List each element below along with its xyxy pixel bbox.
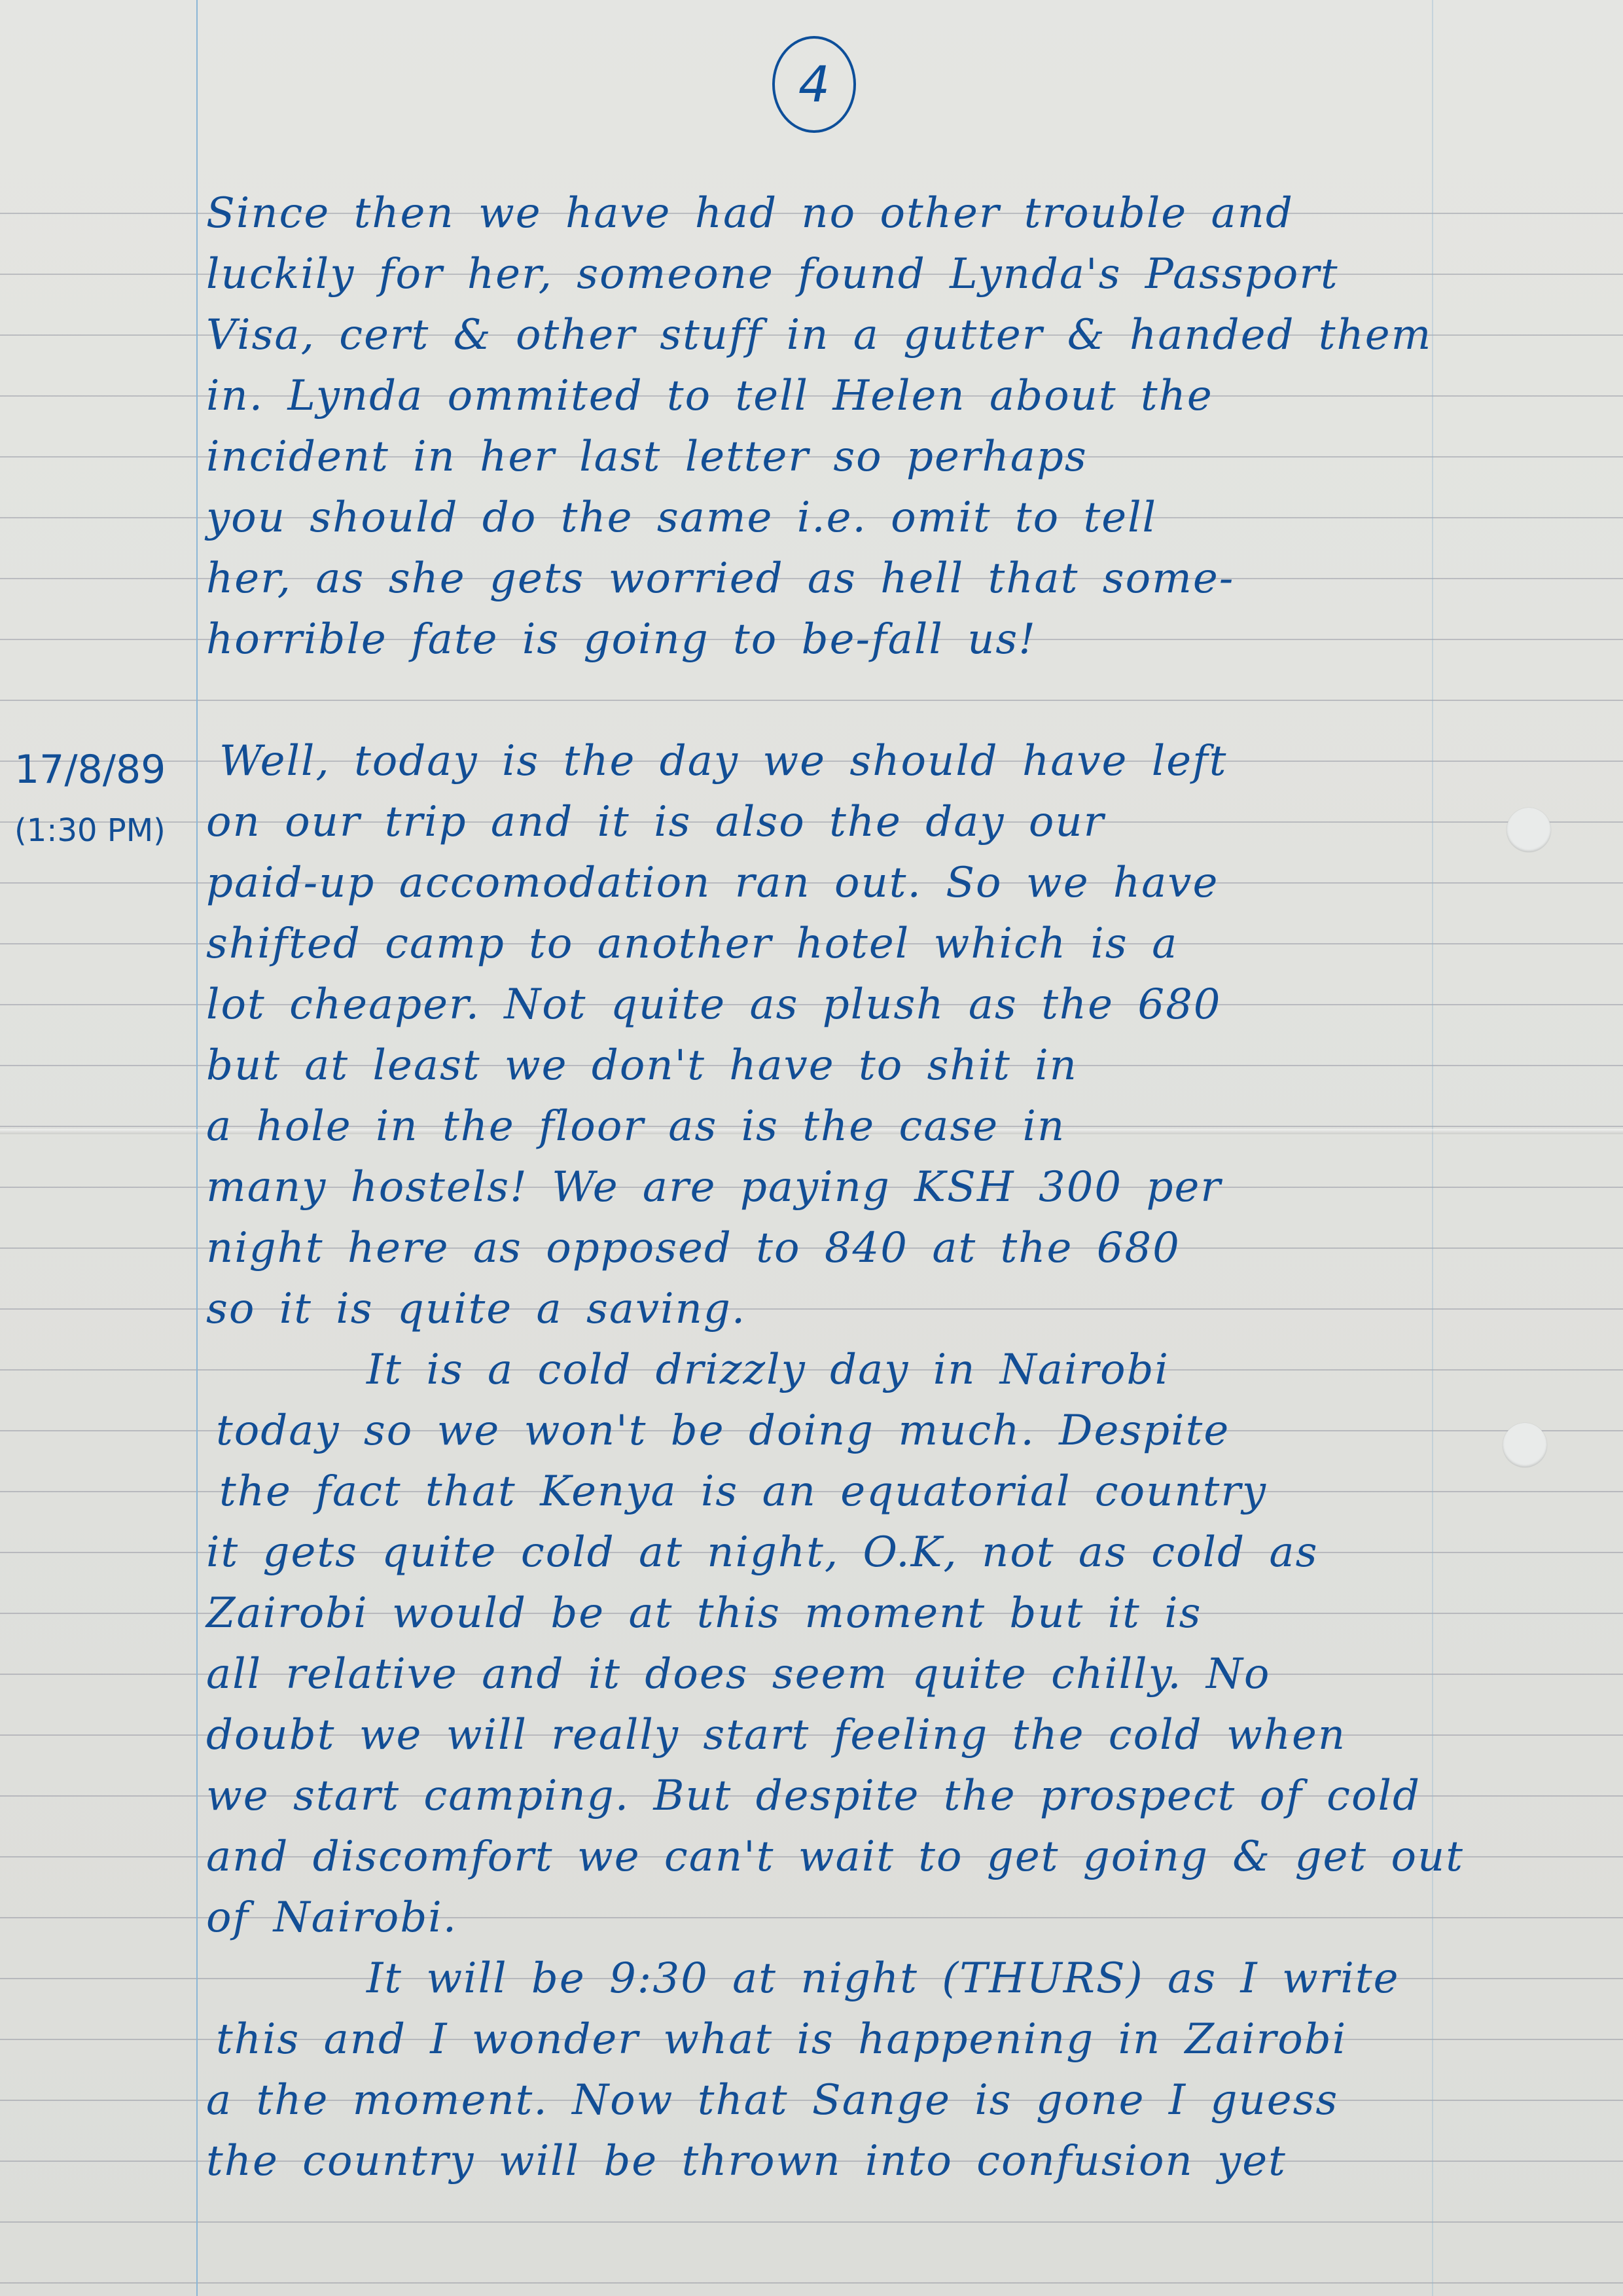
text-line: night here as opposed to 840 at the 680 (206, 1218, 1613, 1279)
text-line: Zairobi would be at this moment but it i… (206, 1583, 1613, 1644)
text-line: Well, today is the day we should have le… (219, 731, 1623, 792)
text-line: the fact that Kenya is an equatorial cou… (219, 1462, 1623, 1522)
text-line: you should do the same i.e. omit to tell (206, 488, 1613, 548)
text-line: it gets quite cold at night, O.K, not as… (206, 1522, 1613, 1583)
text-line: in. Lynda ommited to tell Helen about th… (206, 366, 1613, 427)
entry-date-block: 17/8/89 (1:30 PM) (14, 740, 191, 861)
text-line: Since then we have had no other trouble … (206, 183, 1613, 244)
left-margin-rule (196, 0, 198, 2296)
text-line: lot cheaper. Not quite as plush as the 6… (206, 975, 1613, 1035)
text-line: a the moment. Now that Sange is gone I g… (206, 2070, 1613, 2131)
text-line: the country will be thrown into confusio… (206, 2131, 1613, 2192)
text-line: of Nairobi. (206, 1888, 1613, 1948)
text-line: doubt we will really start feeling the c… (206, 1705, 1613, 1766)
text-line: a hole in the floor as is the case in (206, 1096, 1613, 1157)
text-line: but at least we don't have to shit in (206, 1035, 1613, 1096)
notebook-page: 4 17/8/89 (1:30 PM) Since then we have h… (0, 0, 1623, 2296)
text-line: on our trip and it is also the day our (206, 792, 1613, 853)
text-line: today so we won't be doing much. Despite (216, 1401, 1623, 1462)
text-line: shifted camp to another hotel which is a (206, 914, 1613, 975)
text-line: It is a cold drizzly day in Nairobi (366, 1340, 1623, 1401)
text-line: her, as she gets worried as hell that so… (206, 548, 1613, 609)
text-line: many hostels! We are paying KSH 300 per (206, 1157, 1613, 1218)
text-line: this and I wonder what is happening in Z… (216, 2009, 1623, 2070)
text-line: It will be 9:30 at night (THURS) as I wr… (366, 1948, 1623, 2009)
text-line: luckily for her, someone found Lynda's P… (206, 244, 1613, 305)
entry-time: (1:30 PM) (14, 800, 191, 861)
entry-date: 17/8/89 (14, 740, 191, 800)
page-number: 4 (772, 36, 856, 133)
text-line: paid-up accomodation ran out. So we have (206, 853, 1613, 914)
text-line: so it is quite a saving. (206, 1279, 1613, 1340)
text-line: Visa, cert & other stuff in a gutter & h… (206, 305, 1613, 366)
text-line: horrible fate is going to be-fall us! (206, 609, 1613, 670)
text-line: incident in her last letter so perhaps (206, 427, 1613, 488)
text-line: all relative and it does seem quite chil… (206, 1644, 1613, 1705)
text-line: and discomfort we can't wait to get goin… (206, 1827, 1613, 1888)
text-line: we start camping. But despite the prospe… (206, 1766, 1613, 1827)
